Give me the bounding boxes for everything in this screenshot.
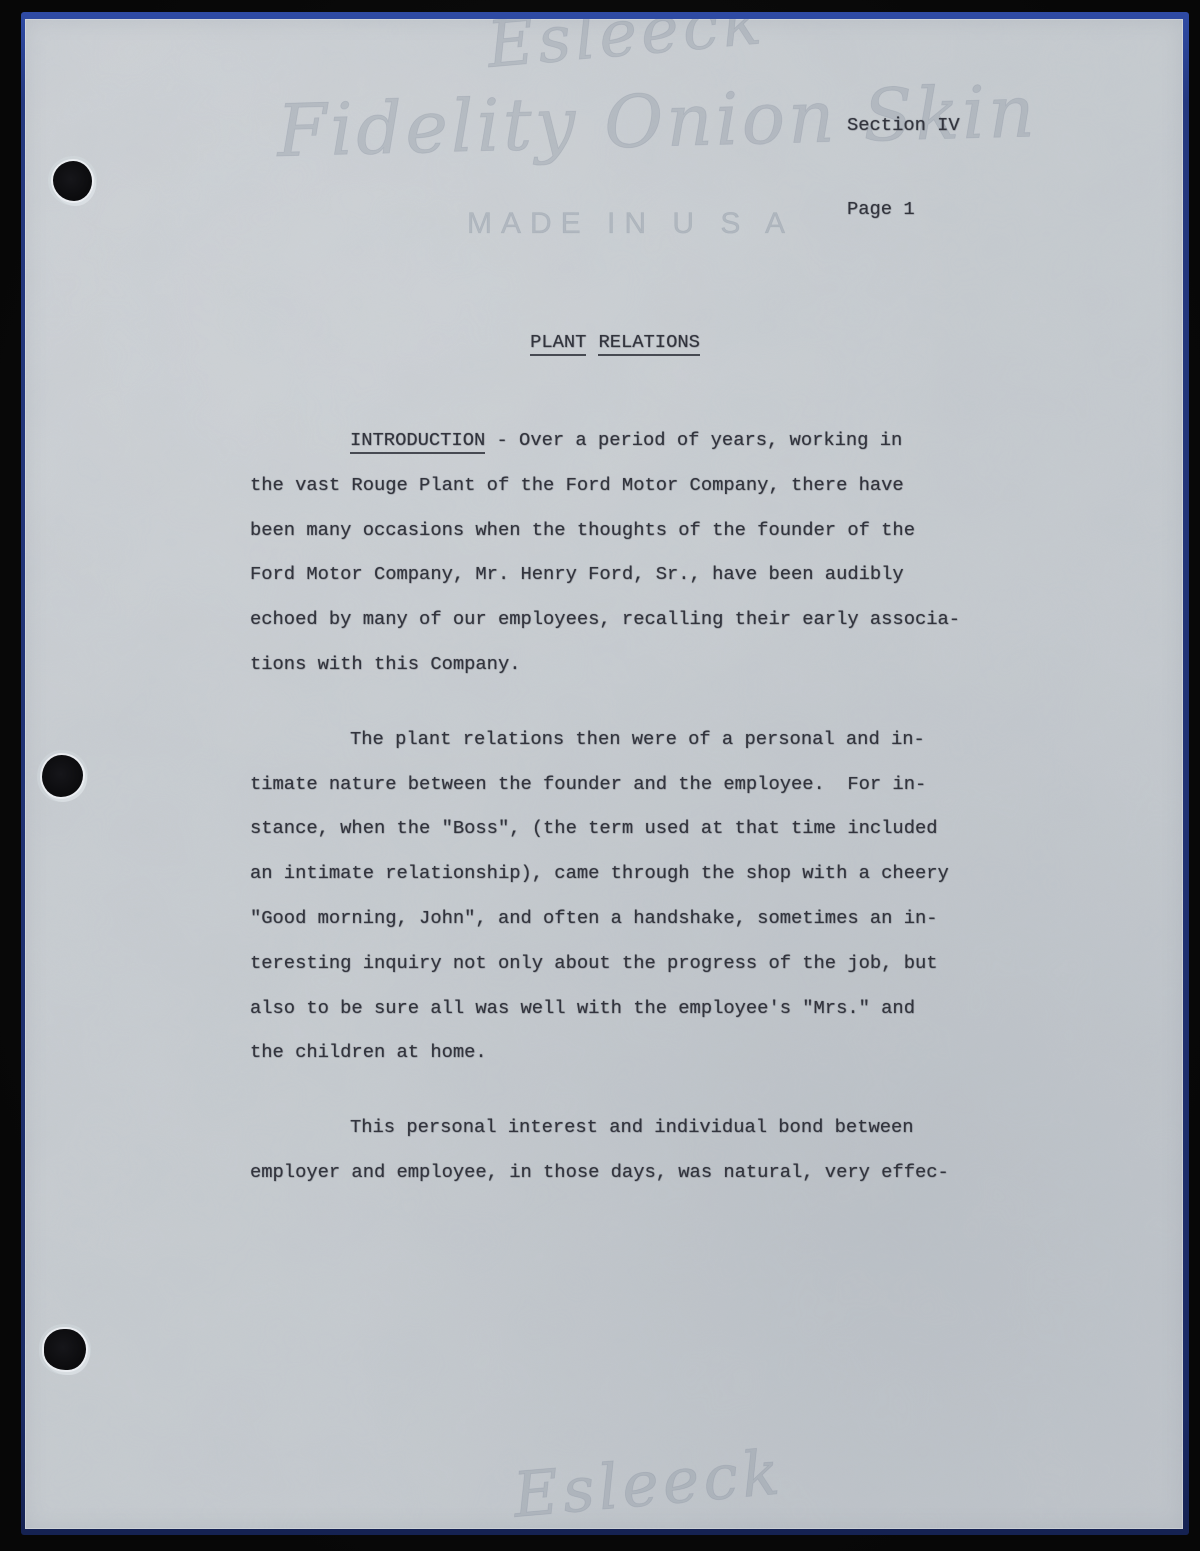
document-page: Esleeck Fidelity Onion Skin MADE IN U S … <box>25 19 1183 1529</box>
page-header: Section IV Page 1 <box>847 55 960 279</box>
punch-hole-bottom <box>44 1329 86 1370</box>
section-label: Section IV <box>847 111 960 139</box>
text-line: tions with this Company. <box>250 642 1010 687</box>
title-space <box>586 331 598 353</box>
paragraph-personal-interest: This personal interest and individual bo… <box>250 1105 1010 1195</box>
document-body: INTRODUCTION - Over a period of years, w… <box>250 418 1010 1225</box>
introduction-heading: INTRODUCTION <box>350 429 485 454</box>
paragraph-introduction: INTRODUCTION - Over a period of years, w… <box>250 418 1010 687</box>
text-line: The plant relations then were of a perso… <box>250 717 1010 762</box>
watermark-made-in-usa: MADE IN U S A <box>467 207 794 241</box>
paragraph-plant-relations: The plant relations then were of a perso… <box>250 717 1010 1075</box>
punch-hole-middle <box>42 755 83 797</box>
text-line: employer and employee, in those days, wa… <box>250 1150 1010 1195</box>
text-line: teresting inquiry not only about the pro… <box>250 941 1010 986</box>
title-word-1: PLANT <box>530 331 586 356</box>
punch-hole-top <box>53 161 92 201</box>
text-line: This personal interest and individual bo… <box>250 1105 1010 1150</box>
text-line: the children at home. <box>250 1030 1010 1075</box>
watermark-brand-script-top: Esleeck <box>484 19 768 83</box>
text-line: an intimate relationship), came through … <box>250 851 1010 896</box>
text-line: timate nature between the founder and th… <box>250 762 1010 807</box>
text-line: stance, when the "Boss", (the term used … <box>250 806 1010 851</box>
title-word-2: RELATIONS <box>598 331 699 356</box>
text-line: Ford Motor Company, Mr. Henry Ford, Sr.,… <box>250 552 1010 597</box>
text-line: echoed by many of our employees, recalli… <box>250 597 1010 642</box>
text-line-segment: - Over a period of years, working in <box>485 429 902 451</box>
text-line: the vast Rouge Plant of the Ford Motor C… <box>250 463 1010 508</box>
text-line: "Good morning, John", and often a handsh… <box>250 896 1010 941</box>
text-line: INTRODUCTION - Over a period of years, w… <box>250 418 1010 463</box>
page-number-label: Page 1 <box>847 195 960 223</box>
watermark-brand-script-bottom: Esleeck <box>510 1435 786 1529</box>
document-title: PLANT RELATIONS <box>250 331 980 353</box>
text-line: also to be sure all was well with the em… <box>250 986 1010 1031</box>
text-line: been many occasions when the thoughts of… <box>250 508 1010 553</box>
